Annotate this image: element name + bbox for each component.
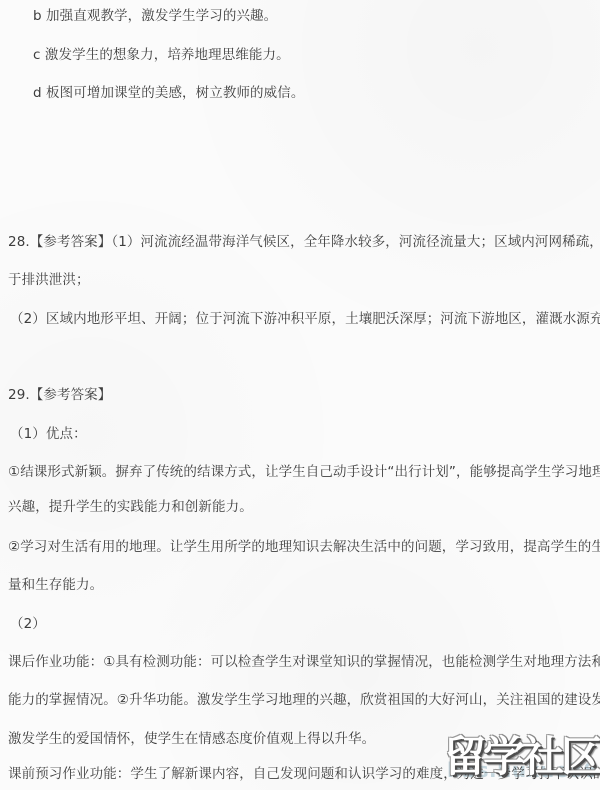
document-page: bbs.liuxue86.com b 加强直观教学，激发学生学习的兴趣。c 激发…: [0, 0, 600, 790]
text-line: 激发学生的爱国情怀，使学生在情感态度价值观上得以升华。: [8, 731, 375, 748]
text-line: （2）: [10, 616, 46, 633]
text-line: 29.【参考答案】: [8, 387, 111, 404]
text-line: 于排洪泄洪；: [8, 272, 90, 289]
text-line: 课后作业功能：①具有检测功能：可以检查学生对课堂知识的掌握情况，也能检测学生对地…: [8, 654, 600, 671]
text-line: 能力的掌握情况。②升华功能。激发学生学习地理的兴趣，欣赏祖国的大好河山，关注祖国…: [8, 692, 600, 709]
text-line: d 板图可增加课堂的美感，树立教师的威信。: [33, 85, 304, 102]
text-line: （1）优点：: [10, 426, 87, 443]
text-line: 28.【参考答案】（1）河流流经温带海洋气候区，全年降水较多，河流径流量大；区域…: [8, 234, 600, 251]
document-text-lines: b 加强直观教学，激发学生学习的兴趣。c 激发学生的想象力，培养地理思维能力。d…: [0, 0, 600, 790]
text-line: 量和生存能力。: [8, 577, 103, 594]
text-line: ②学习对生活有用的地理。让学生用所学的地理知识去解决生活中的问题，学习致用，提高…: [8, 539, 600, 556]
text-line: c 激发学生的想象力，培养地理思维能力。: [33, 47, 290, 64]
text-line: （2）区域内地形平坦、开阔；位于河流下游冲积平原，土壤肥沃深厚；河流下游地区，灌…: [10, 311, 600, 328]
text-line: 兴趣，提升学生的实践能力和创新能力。: [8, 499, 253, 516]
text-line: ①结课形式新颖。摒弃了传统的结课方式，让学生自己动手设计“出行计划”，能够提高学…: [8, 464, 600, 481]
watermark-logo: 留学社区: [444, 724, 600, 784]
text-line: b 加强直观教学，激发学生学习的兴趣。: [33, 8, 277, 25]
